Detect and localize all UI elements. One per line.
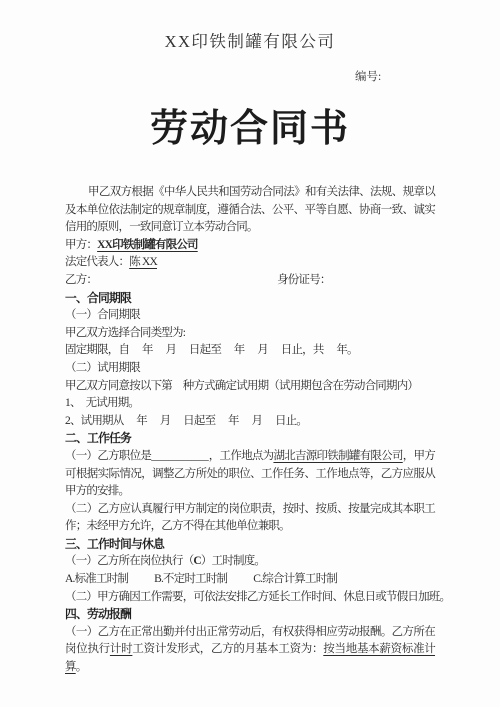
contract-line: 2、试用期从 年 月 日起至 年 月 日止。 [65,413,435,431]
text-segment: 甲乙双方选择合同类型为: [65,327,185,339]
text-segment: 。 [76,661,87,673]
text-segment: 工资计发形式，乙方的月基本工资为： [132,643,323,655]
contract-body: 甲乙双方根据《中华人民共和国劳动合同法》和有关法律、法规、规章以及本单位依法制定… [65,184,435,677]
contract-line: 甲方：XX印铁制罐有限公司 [65,237,435,255]
text-segment: （二）甲方确因工作需要，可依法安排乙方延长工作时间、休息日或节假日加班。 [65,591,450,603]
contract-line: （一）乙方职位是__________，工作地点为湖北吉源印铁制罐有限公司，甲方可… [65,448,435,501]
serial-number-label: 编号: [355,68,435,84]
contract-line: （一）乙方所在岗位执行（C）工时制度。 [65,553,435,571]
text-segment: XX印铁制罐有限公司 [97,239,198,251]
text-segment: C [193,555,201,567]
section-heading: 四、劳动报酬 [65,606,435,624]
section-heading: 一、合同期限 [65,290,435,308]
contract-line: （二）乙方应认真履行甲方制定的岗位职责，按时、按质、按量完成其本职工作；未经甲方… [65,501,435,536]
contract-line: 1、 无试用期。 [65,395,435,413]
text-segment: A.标准工时制 [65,573,128,585]
text-segment: 固定期限，自 年 月 日起至 年 月 日止，共 年。 [65,344,358,356]
text-segment: 四、劳动报酬 [65,607,131,621]
text-segment: （二）乙方应认真履行甲方制定的岗位职责，按时、按质、按量完成其本职工作；未经甲方… [65,503,435,533]
contract-line: 法定代表人：陈 XX [65,254,435,272]
text-segment: （一）乙方职位是 [65,450,151,462]
section-heading: 三、工作时间与休息 [65,536,435,554]
text-segment: B.不定时工时制 [154,573,227,585]
company-header: XX印铁制罐有限公司 [65,28,435,52]
contract-line: 固定期限，自 年 月 日起至 年 月 日止，共 年。 [65,342,435,360]
contract-line: 甲乙双方同意按以下第 种方式确定试用期（试用期包含在劳动合同期内） [65,378,435,396]
contract-page: XX印铁制罐有限公司 编号: 劳动合同书 甲乙双方根据《中华人民共和国劳动合同法… [0,0,500,707]
text-segment: ，工作地点为 [209,450,274,462]
contract-line: 乙方：身份证号： [65,272,435,290]
text-segment: 甲方： [65,239,97,251]
text-segment: （二）试用期限 [65,362,140,374]
text-segment: 身份证号： [277,274,331,286]
contract-line: （一）合同期限 [65,307,435,325]
text-segment: 二、工作任务 [65,431,131,445]
text-segment: 三、工作时间与休息 [65,537,164,551]
contract-line: A.标准工时制B.不定时工时制C.综合计算工时制 [65,571,435,589]
contract-line: 甲乙双方选择合同类型为: [65,325,435,343]
contract-line: （一）乙方在正常出勤并付出正常劳动后，有权获得相应劳动报酬。乙方所在岗位执行计时… [65,624,435,677]
text-segment: 湖北吉源印铁制罐有限公司 [273,450,402,462]
text-segment: 乙方： [65,274,97,286]
fill-in-blank: __________ [151,450,209,462]
contract-line: 甲乙双方根据《中华人民共和国劳动合同法》和有关法律、法规、规章以及本单位依法制定… [65,184,435,237]
text-segment: 甲乙双方根据《中华人民共和国劳动合同法》和有关法律、法规、规章以及本单位依法制定… [65,186,435,233]
text-segment: ）工时制度。 [201,555,265,567]
text-segment: 陈 XX [129,256,157,268]
text-segment: （一）合同期限 [65,309,140,321]
section-heading: 二、工作任务 [65,430,435,448]
document-title: 劳动合同书 [65,106,435,152]
text-segment: （一）乙方所在岗位执行（ [65,555,193,567]
text-segment: C.综合计算工时制 [253,573,337,585]
text-segment: 法定代表人： [65,256,129,268]
text-segment: 2、试用期从 年 月 日起至 年 月 日止。 [65,415,307,427]
text-segment: 一、合同期限 [65,291,131,305]
text-segment: 甲乙双方同意按以下第 种方式确定试用期（试用期包含在劳动合同期内） [65,380,418,392]
text-segment: 1、 无试用期。 [65,397,139,409]
contract-line: （二）甲方确因工作需要，可依法安排乙方延长工作时间、休息日或节假日加班。 [65,589,435,607]
text-segment: 计时 [110,643,132,655]
contract-line: （二）试用期限 [65,360,435,378]
